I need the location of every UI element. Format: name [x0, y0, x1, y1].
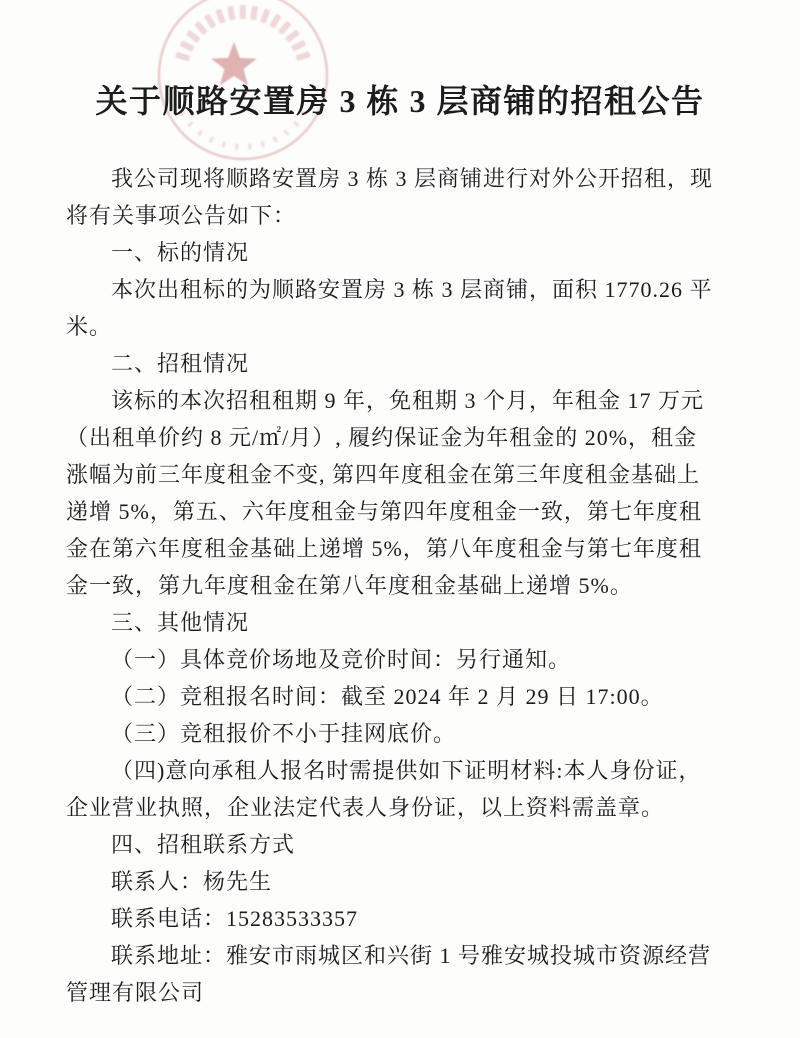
- text-line: 该标的本次招租租期 9 年，免租期 3 个月，年租金 17 万元: [66, 382, 756, 419]
- text-line: （四)意向承租人报名时需提供如下证明材料:本人身份证，: [66, 752, 756, 789]
- text-line: （一）具体竞价场地及竞价时间：另行通知。: [66, 641, 756, 678]
- text-line: （出租单价约 8 元/㎡/月）, 履约保证金为年租金的 20%，租金: [66, 419, 756, 456]
- text-line: 三、其他情况: [66, 604, 756, 641]
- text-line: 递增 5%，第五、六年度租金与第四年度租金一致，第七年度租: [66, 493, 756, 530]
- text-line: 四、招租联系方式: [66, 826, 756, 863]
- text-line: 金在第六年度租金基础上递增 5%，第八年度租金与第七年度租: [66, 530, 756, 567]
- document-title: 关于顺路安置房 3 栋 3 层商铺的招租公告: [40, 76, 760, 122]
- text-line: 联系地址：雅安市雨城区和兴街 1 号雅安城投城市资源经营: [66, 937, 756, 974]
- text-line: 本次出租标的为顺路安置房 3 栋 3 层商铺，面积 1770.26 平: [66, 271, 756, 308]
- text-line: 管理有限公司: [66, 974, 756, 1011]
- scanned-document-page: 关于顺路安置房 3 栋 3 层商铺的招租公告 我公司现将顺路安置房 3 栋 3 …: [0, 0, 800, 1038]
- document-body: 我公司现将顺路安置房 3 栋 3 层商铺进行对外公开招租，现将有关事项公告如下：…: [66, 160, 756, 1011]
- text-line: 企业营业执照，企业法定代表人身份证，以上资料需盖章。: [66, 789, 756, 826]
- text-line: 二、招租情况: [66, 345, 756, 382]
- text-line: 联系人：杨先生: [66, 863, 756, 900]
- text-line: 米。: [66, 308, 756, 345]
- text-line: 我公司现将顺路安置房 3 栋 3 层商铺进行对外公开招租，现: [66, 160, 756, 197]
- text-line: （二）竞租报名时间：截至 2024 年 2 月 29 日 17:00。: [66, 678, 756, 715]
- text-line: 涨幅为前三年度租金不变, 第四年度租金在第三年度租金基础上: [66, 456, 756, 493]
- text-line: 一、标的情况: [66, 234, 756, 271]
- text-line: 联系电话：15283533357: [66, 900, 756, 937]
- text-line: 金一致，第九年度租金在第八年度租金基础上递增 5%。: [66, 567, 756, 604]
- text-line: （三）竞租报价不小于挂网底价。: [66, 715, 756, 752]
- text-line: 将有关事项公告如下：: [66, 197, 756, 234]
